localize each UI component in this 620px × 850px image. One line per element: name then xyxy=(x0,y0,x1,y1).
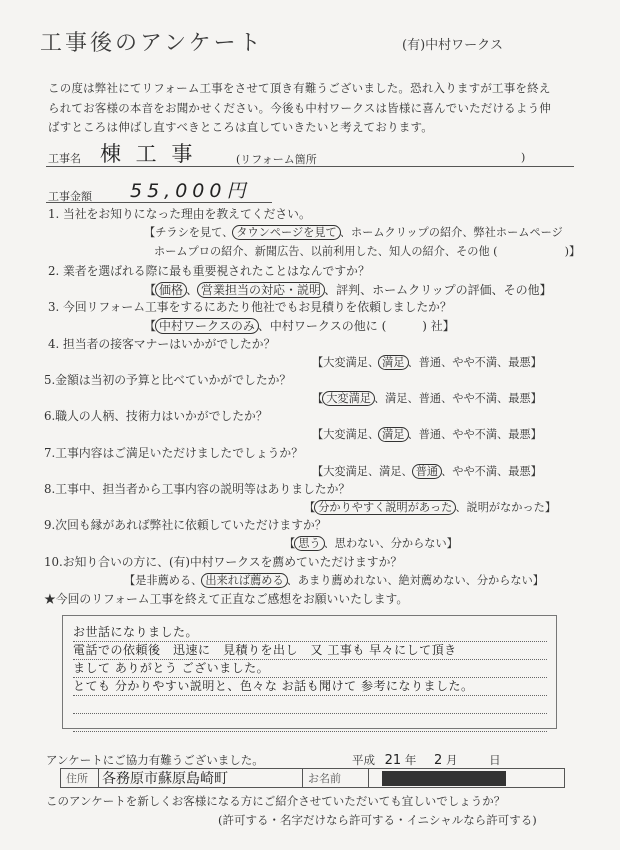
question-10-options: 【是非薦める、出来れば薦める、あまり薦めれない、絶対薦めない、分からない】 xyxy=(124,572,544,588)
question-8-options: 【分かりやすく説明があった、説明がなかった】 xyxy=(304,499,556,515)
permission-question: このアンケートを新しくお客様になる方にご紹介させていただいても宜しいでしょうか？ xyxy=(46,793,505,809)
date: 平成 21 年 2 月 日 xyxy=(352,752,501,768)
option-selected[interactable]: 価格 xyxy=(155,282,187,298)
question-3-options: 【中村ワークスのみ、中村ワークスの他に ( ) 社】 xyxy=(144,317,455,334)
redaction-bar xyxy=(382,771,506,786)
question-6-options: 【大変満足、満足、普通、やや不満、最悪】 xyxy=(312,426,542,442)
comment-line: まして ありがとう ございました。 xyxy=(73,660,547,678)
comment-line xyxy=(73,696,547,714)
question-5: 5.金額は当初の予算と比べていかがでしたか？ xyxy=(44,371,291,388)
question-2-options: 【価格、営業担当の対応・説明、評判、ホームクリップの評価、その他】 xyxy=(144,281,552,298)
page-title: 工事後のアンケート xyxy=(40,26,264,57)
project-name-label: 工事名 xyxy=(48,150,81,166)
question-8: 8.工事中、担当者から工事内容の説明等はありましたか？ xyxy=(44,480,350,497)
comment-line: お世話になりました。 xyxy=(73,624,547,642)
question-3: 3. 今回リフォーム工事をするにあたり他社でもお見積りを依頼しましたか？ xyxy=(48,298,452,315)
option-selected[interactable]: 思う xyxy=(294,536,324,551)
project-name-value[interactable]: 棟 工 事 xyxy=(100,138,196,168)
intro-line-2: られてお客様の本音をお聞かせください。今後も中村ワークスは皆様に喜んでいただける… xyxy=(48,100,551,116)
question-1: 1. 当社をお知りになった理由を教えてください。 xyxy=(48,205,311,222)
option-selected[interactable]: 満足 xyxy=(378,427,408,442)
customer-info-table: 住所 各務原市蘇原島崎町 お名前 xyxy=(60,768,565,788)
thanks-message: アンケートにご協力有難うございました。 xyxy=(46,752,264,768)
question-4-options: 【大変満足、満足、普通、やや不満、最悪】 xyxy=(312,354,542,370)
name-value[interactable] xyxy=(369,769,564,787)
reform-location-close: ) xyxy=(521,151,525,164)
question-1-options-line-2: ホームプロの紹介、新聞広告、以前利用した、知人の紹介、その他 ( )】 xyxy=(154,243,580,259)
question-6: 6.職人の人柄、技術力はいかがでしたか？ xyxy=(44,407,268,424)
option-selected[interactable]: 中村ワークスのみ xyxy=(155,318,259,334)
permission-options[interactable]: (許可する・名字だけなら許可する・イニシャルなら許可する) xyxy=(218,812,537,828)
date-month[interactable]: 2 xyxy=(434,753,442,768)
option-selected[interactable]: 出来れば薦める xyxy=(201,573,287,588)
date-year[interactable]: 21 xyxy=(385,753,402,768)
comment-prompt: ★今回のリフォーム工事を終えて正直なご感想をお願いいたします。 xyxy=(44,590,408,607)
question-9-options: 【思う、思わない、分からない】 xyxy=(284,535,458,551)
survey-page: 工事後のアンケート (有)中村ワークス この度は弊社にてリフォーム工事をさせて頂… xyxy=(0,0,620,850)
project-name-underline xyxy=(46,166,574,167)
intro-line-1: この度は弊社にてリフォーム工事をさせて頂き有難うございました。恐れ入りますが工事… xyxy=(48,80,551,96)
question-1-options-line-1: 【チラシを見て、タウンページを見て、ホームクリップの紹介、弊社ホームページ xyxy=(144,224,563,240)
question-4: 4. 担当者の接客マナーはいかがでしたか？ xyxy=(48,335,275,352)
company-name: (有)中村ワークス xyxy=(402,34,503,53)
name-label: お名前 xyxy=(303,769,369,787)
option-selected[interactable]: 普通 xyxy=(412,464,442,479)
option-selected[interactable]: 分かりやすく説明があった xyxy=(314,500,456,515)
question-7-options: 【大変満足、満足、普通、やや不満、最悪】 xyxy=(312,463,542,479)
comment-line xyxy=(73,714,547,732)
question-7: 7.工事内容はご満足いただけましたでしょうか？ xyxy=(44,444,303,461)
question-9: 9.次回も縁があれば弊社に依頼していただけますか？ xyxy=(44,516,327,533)
question-5-options: 【大変満足、満足、普通、やや不満、最悪】 xyxy=(312,390,542,406)
address-label: 住所 xyxy=(61,769,99,787)
option-selected[interactable]: タウンページを見て xyxy=(232,225,340,240)
comment-line: とても 分かりやすい説明と、色々な お話も聞けて 参考になりました。 xyxy=(73,678,547,696)
intro-line-3: ばすところは伸ばし直すべきところは直していきたいと考えております。 xyxy=(48,119,433,135)
amount-value[interactable]: 55,000円 xyxy=(130,176,250,203)
comment-box[interactable]: お世話になりました。 電話での依頼後 迅速に 見積りを出し 又 工事も 早々にし… xyxy=(62,615,557,729)
address-value[interactable]: 各務原市蘇原島崎町 xyxy=(99,769,303,787)
option-selected[interactable]: 営業担当の対応・説明 xyxy=(197,282,325,298)
option-selected[interactable]: 満足 xyxy=(378,355,408,370)
reform-location-label: (リフォーム箇所 xyxy=(236,151,317,167)
amount-underline xyxy=(46,202,272,203)
option-selected[interactable]: 大変満足 xyxy=(322,391,375,406)
comment-line: 電話での依頼後 迅速に 見積りを出し 又 工事も 早々にして頂き xyxy=(73,642,547,660)
question-10: 10.お知り合いの方に、(有)中村ワークスを薦めていただけますか？ xyxy=(44,553,402,570)
question-2: 2. 業者を選ばれる際に最も重要視されたことはなんですか？ xyxy=(48,262,370,279)
